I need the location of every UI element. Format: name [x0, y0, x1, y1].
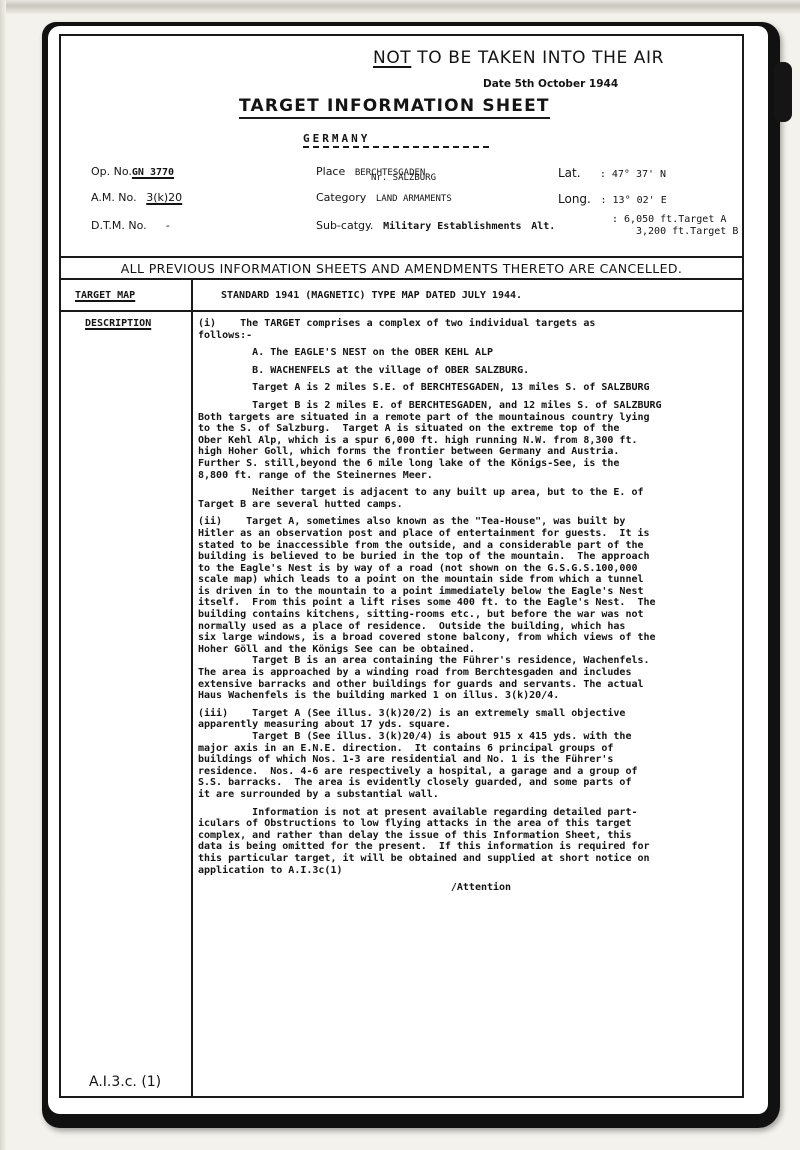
country-heading: GERMANY	[303, 132, 370, 145]
description-line: it are surrounded by a substantial wall.	[198, 789, 738, 801]
description-line: this particular target, it will be obtai…	[198, 853, 738, 865]
dtm-no-value: -	[166, 219, 170, 232]
long-value: : 13° 02' E	[601, 195, 667, 206]
description-line: Ober Kehl Alp, which is a spur 6,000 ft.…	[198, 435, 738, 447]
warning-text: TO BE TAKEN INTO THE AIR	[411, 48, 664, 68]
description-body: (i) The TARGET comprises a complex of tw…	[198, 318, 738, 894]
description-label: DESCRIPTION	[85, 318, 151, 329]
target-information-sheet: NOT TO BE TAKEN INTO THE AIR Date 5th Oc…	[59, 34, 744, 1098]
photo-edge-left	[0, 0, 6, 1150]
description-line: apparently measuring about 17 yds. squar…	[198, 719, 738, 731]
lat-label: Lat.	[558, 166, 581, 180]
description-line: Further S. still,beyond the 6 mile long …	[198, 458, 738, 470]
frame-tab	[774, 62, 792, 122]
description-line: Hitler as an observation post and place …	[198, 528, 738, 540]
dtm-no-field: D.T.M. No. -	[91, 214, 170, 233]
air-warning: NOT TO BE TAKEN INTO THE AIR	[373, 48, 664, 68]
description-line: normally used as a place of residence. O…	[198, 621, 738, 633]
description-line: /Attention	[198, 882, 738, 894]
am-no-value: 3(k)20	[146, 191, 182, 204]
description-line: to the Eagle's Nest is by way of a road …	[198, 563, 738, 575]
photo-edge-top	[0, 0, 800, 14]
description-line: B. WACHENFELS at the village of OBER SAL…	[198, 365, 738, 377]
description-line: data is being omitted for the present. I…	[198, 841, 738, 853]
target-map-divider	[61, 310, 742, 312]
subcategory-field: Sub-catgy. Military Establishments Alt.	[316, 214, 555, 233]
description-line: Haus Wachenfels is the building marked 1…	[198, 690, 738, 702]
description-line: building contains kitchens, sitting-room…	[198, 609, 738, 621]
description-line: stated to be inaccessible from the outsi…	[198, 540, 738, 552]
category-label: Category	[316, 191, 366, 204]
subcategory-value: Military Establishments	[383, 221, 521, 232]
description-line: application to A.I.3c(1)	[198, 865, 738, 877]
description-line: major axis in an E.N.E. direction. It co…	[198, 743, 738, 755]
target-map-value: STANDARD 1941 (MAGNETIC) TYPE MAP DATED …	[221, 290, 522, 301]
description-line: Target B are several hutted camps.	[198, 499, 738, 511]
am-no-field: A.M. No. 3(k)20	[91, 186, 182, 205]
place-label: Place	[316, 165, 345, 178]
description-line: Hoher Göll and the Königs See can be obt…	[198, 644, 738, 656]
category-field: Category LAND ARMAMENTS	[316, 186, 452, 205]
description-line: high Hoher Goll, which forms the frontie…	[198, 446, 738, 458]
description-line: complex, and rather than delay the issue…	[198, 830, 738, 842]
description-line: Target B is 2 miles E. of BERCHTESGADEN,…	[198, 400, 738, 412]
country-dashed-underline	[303, 146, 489, 148]
description-line: Neither target is adjacent to any built …	[198, 487, 738, 499]
description-line: S.S. barracks. The area is evidently clo…	[198, 777, 738, 789]
description-line: (i) The TARGET comprises a complex of tw…	[198, 318, 738, 330]
description-line: Information is not at present available …	[198, 807, 738, 819]
lat-value: : 47° 37' N	[600, 169, 666, 180]
description-line: Target A is 2 miles S.E. of BERCHTESGADE…	[198, 382, 738, 394]
description-line: residence. Nos. 4-6 are respectively a h…	[198, 766, 738, 778]
op-no-label: Op. No.	[91, 165, 132, 178]
category-value: LAND ARMAMENTS	[376, 194, 452, 204]
description-line: Target B is an area containing the Führe…	[198, 655, 738, 667]
description-line: buildings of which Nos. 1-3 are resident…	[198, 754, 738, 766]
op-no-value: GN 3770	[132, 167, 174, 178]
altitude-target-a: : 6,050 ft.Target A	[612, 214, 726, 225]
description-line: building is believed to be buried in the…	[198, 551, 738, 563]
description-line: itself. From this point a lift rises som…	[198, 597, 738, 609]
altitude-target-b: 3,200 ft.Target B	[636, 226, 738, 237]
description-line: six large windows, is a broad covered st…	[198, 632, 738, 644]
description-line: (iii) Target A (See illus. 3(k)20/2) is …	[198, 708, 738, 720]
warning-emphasis: NOT	[373, 48, 411, 68]
description-line: 8,800 ft. range of the Steinernes Meer.	[198, 470, 738, 482]
cancellation-notice: ALL PREVIOUS INFORMATION SHEETS AND AMEN…	[61, 256, 742, 280]
description-line: iculars of Obstructions to low flying at…	[198, 818, 738, 830]
latitude-field: Lat. : 47° 37' N	[558, 162, 666, 181]
description-line: Both targets are situated in a remote pa…	[198, 412, 738, 424]
target-map-label: TARGET MAP	[75, 290, 135, 301]
description-line: scale map) which leads to a point on the…	[198, 574, 738, 586]
subcategory-label: Sub-catgy.	[316, 219, 373, 232]
place-value-secondary: Nr. SALZBURG	[371, 173, 436, 183]
sheet-title: TARGET INFORMATION SHEET	[239, 96, 550, 119]
description-line: is driven in to the mountain to a point …	[198, 586, 738, 598]
description-line: Target B (See illus. 3(k)20/4) is about …	[198, 731, 738, 743]
description-line: (ii) Target A, sometimes also known as t…	[198, 516, 738, 528]
ai-reference: A.I.3.c. (1)	[89, 1074, 161, 1090]
op-no-field: Op. No.GN 3770	[91, 160, 174, 179]
longitude-field: Long. : 13° 02' E	[558, 188, 667, 207]
description-line: to the S. of Salzburg. Target A is situa…	[198, 423, 738, 435]
description-line: A. The EAGLE'S NEST on the OBER KEHL ALP	[198, 347, 738, 359]
am-no-label: A.M. No.	[91, 191, 137, 204]
alt-label: Alt.	[531, 221, 555, 232]
description-line: follows:-	[198, 330, 738, 342]
document-date: Date 5th October 1944	[483, 78, 618, 90]
dtm-no-label: D.T.M. No.	[91, 219, 147, 232]
long-label: Long.	[558, 192, 591, 206]
description-line: extensive barracks and other buildings f…	[198, 679, 738, 691]
description-line: The area is approached by a winding road…	[198, 667, 738, 679]
label-column: A.I.3.c. (1)	[61, 280, 193, 1096]
